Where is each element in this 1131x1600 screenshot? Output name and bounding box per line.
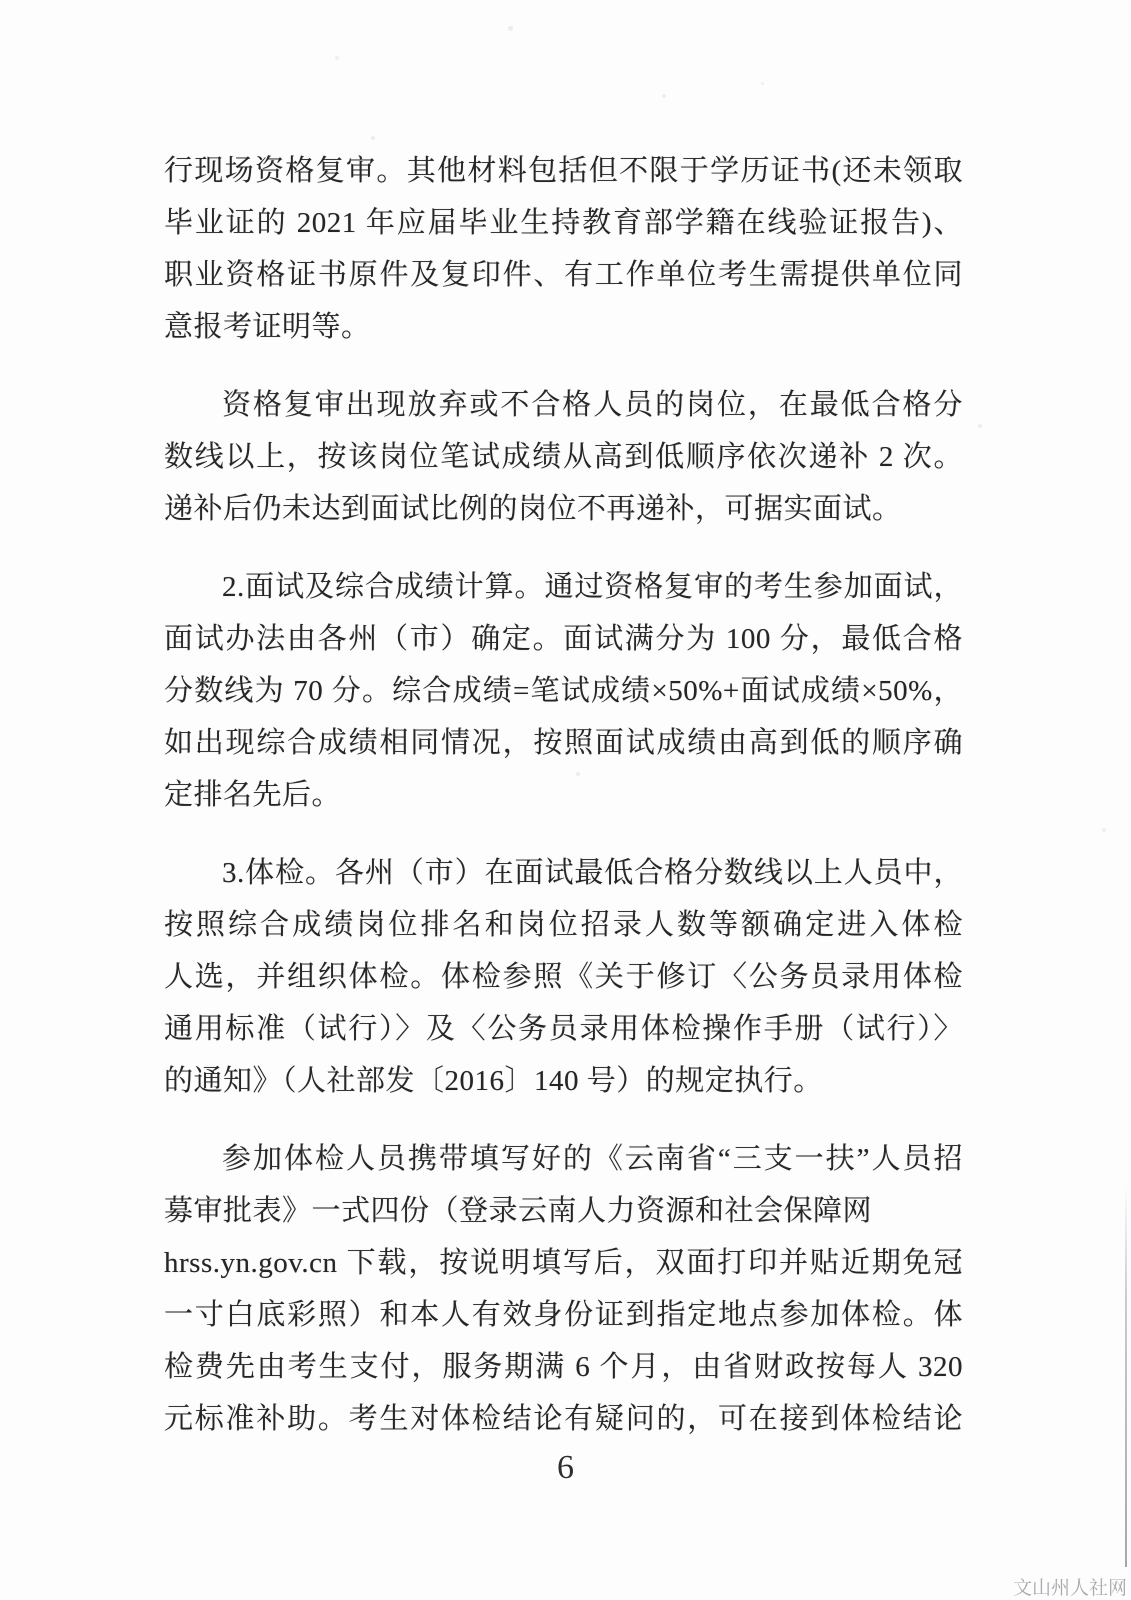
- page-number: 6: [0, 1448, 1131, 1488]
- paragraph: 行现场资格复审。其他材料包括但不限于学历证书(还未领取毕业证的 2021 年应届…: [164, 145, 963, 353]
- text-line: 面试办法由各州（市）确定。面试满分为 100 分，最低合格: [164, 613, 963, 665]
- document-page: 行现场资格复审。其他材料包括但不限于学历证书(还未领取毕业证的 2021 年应届…: [0, 0, 1131, 1600]
- scan-artifact-line: [1125, 1185, 1127, 1567]
- text-line: 毕业证的 2021 年应届毕业生持教育部学籍在线验证报告)、: [164, 197, 963, 249]
- text-line: 2.面试及综合成绩计算。通过资格复审的考生参加面试，: [164, 561, 963, 613]
- text-line: 通用标准（试行）〉及〈公务员录用体检操作手册（试行）〉: [164, 1003, 963, 1055]
- site-watermark: 文山州人社网: [1013, 1577, 1127, 1600]
- text-line: 参加体检人员携带填写好的《云南省“三支一扶”人员招: [164, 1133, 963, 1185]
- text-line: 如出现综合成绩相同情况，按照面试成绩由高到低的顺序确: [164, 717, 963, 769]
- paragraph: 资格复审出现放弃或不合格人员的岗位，在最低合格分数线以上，按该岗位笔试成绩从高到…: [164, 379, 963, 535]
- paragraph: 2.面试及综合成绩计算。通过资格复审的考生参加面试，面试办法由各州（市）确定。面…: [164, 561, 963, 821]
- scan-speck: [662, 94, 666, 98]
- text-line: 募审批表》一式四份（登录云南人力资源和社会保障网: [164, 1185, 963, 1237]
- text-line: 人选，并组织体检。体检参照《关于修订〈公务员录用体检: [164, 951, 963, 1003]
- scan-speck: [371, 136, 375, 140]
- scan-speck: [508, 26, 513, 31]
- text-line: 一寸白底彩照）和本人有效身份证到指定地点参加体检。体: [164, 1289, 963, 1341]
- text-line: 分数线为 70 分。综合成绩=笔试成绩×50%+面试成绩×50%，: [164, 665, 963, 717]
- text-line: 按照综合成绩岗位排名和岗位招录人数等额确定进入体检: [164, 899, 963, 951]
- text-line: 意报考证明等。: [164, 301, 963, 353]
- scan-speck: [576, 772, 580, 776]
- text-line: 数线以上，按该岗位笔试成绩从高到低顺序依次递补 2 次。: [164, 431, 963, 483]
- text-line: 元标准补助。考生对体检结论有疑问的，可在接到体检结论: [164, 1393, 963, 1445]
- text-line: hrss.yn.gov.cn 下载，按说明填写后，双面打印并贴近期免冠: [164, 1237, 963, 1289]
- scan-speck: [978, 424, 982, 428]
- text-line: 职业资格证书原件及复印件、有工作单位考生需提供单位同: [164, 249, 963, 301]
- paragraph: 3.体检。各州（市）在面试最低合格分数线以上人员中，按照综合成绩岗位排名和岗位招…: [164, 847, 963, 1107]
- text-line: 资格复审出现放弃或不合格人员的岗位，在最低合格分: [164, 379, 963, 431]
- scan-speck: [335, 56, 339, 60]
- text-line: 3.体检。各州（市）在面试最低合格分数线以上人员中，: [164, 847, 963, 899]
- text-line: 定排名先后。: [164, 769, 963, 821]
- document-body: 行现场资格复审。其他材料包括但不限于学历证书(还未领取毕业证的 2021 年应届…: [164, 145, 963, 1471]
- text-line: 递补后仍未达到面试比例的岗位不再递补，可据实面试。: [164, 483, 963, 535]
- text-line: 的通知》（人社部发〔2016〕140 号）的规定执行。: [164, 1055, 963, 1107]
- text-line: 行现场资格复审。其他材料包括但不限于学历证书(还未领取: [164, 145, 963, 197]
- scanned-document-page: { "document": { "paragraphs": [ { "lines…: [0, 0, 1131, 1600]
- scan-speck: [761, 82, 764, 85]
- text-line: 检费先由考生支付，服务期满 6 个月，由省财政按每人 320: [164, 1341, 963, 1393]
- scan-speck: [1102, 828, 1106, 832]
- paragraph: 参加体检人员携带填写好的《云南省“三支一扶”人员招募审批表》一式四份（登录云南人…: [164, 1133, 963, 1445]
